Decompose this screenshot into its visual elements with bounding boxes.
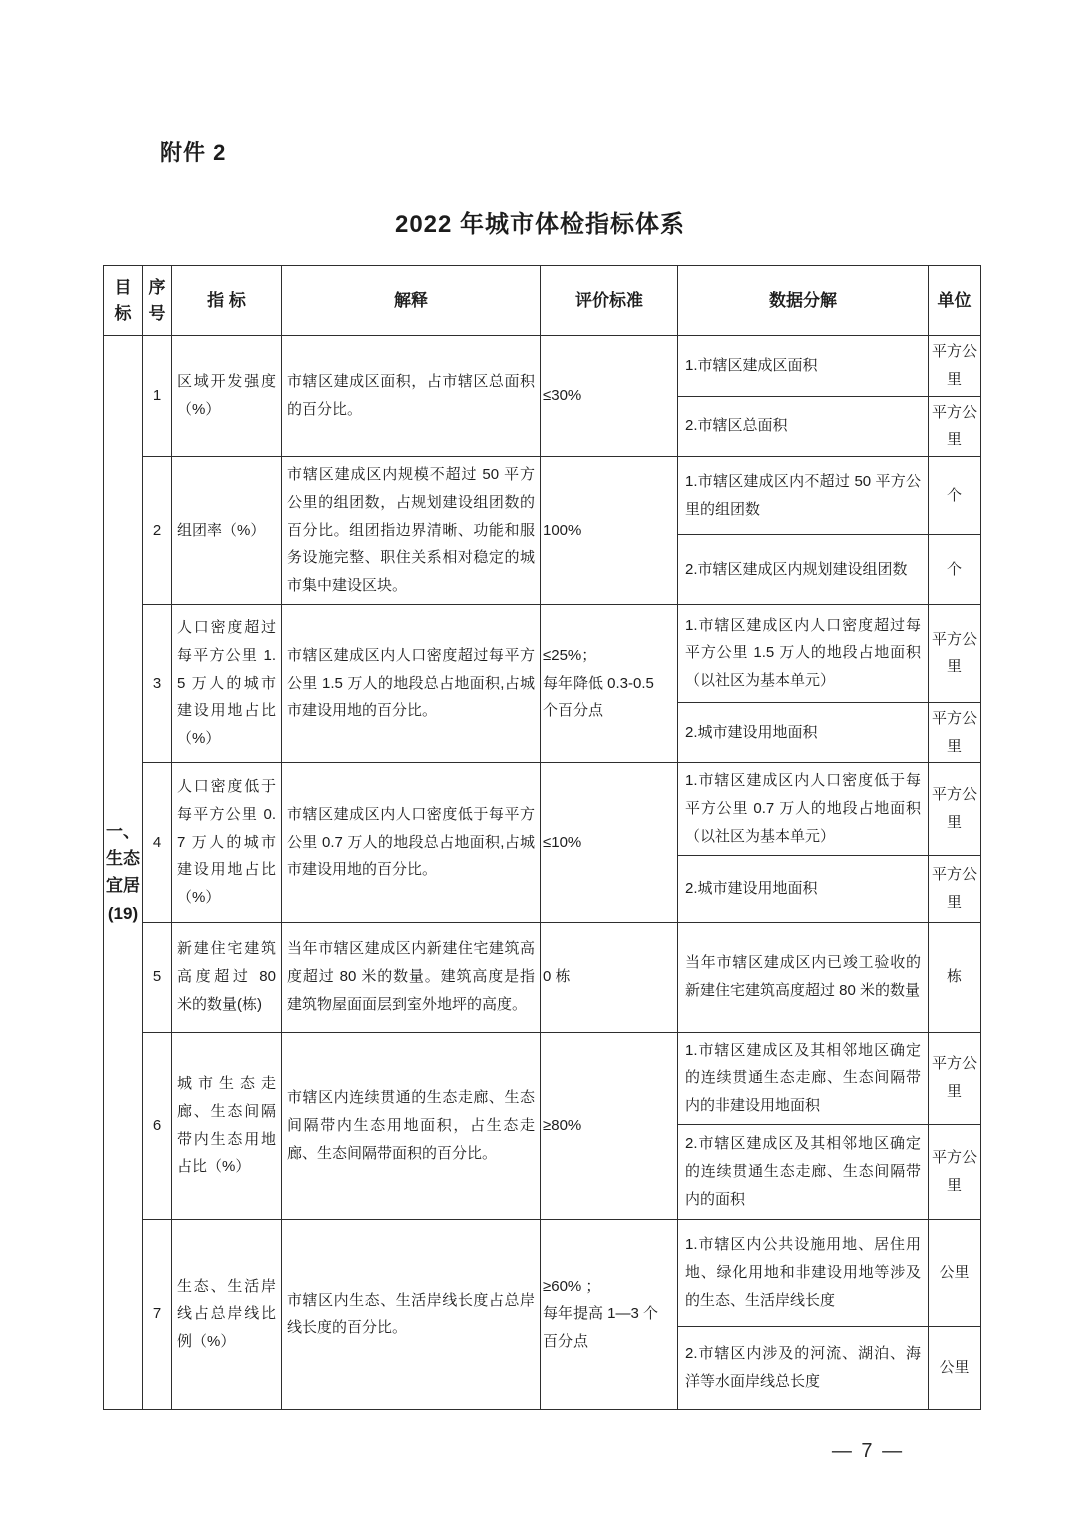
unit-cell: 平方公里 <box>929 396 981 457</box>
page-number: — 7 — <box>758 1440 978 1463</box>
page-title: 2022 年城市体检指标体系 <box>0 204 1080 239</box>
column-header-unit: 单位 <box>929 266 981 336</box>
unit-cell: 平方公里 <box>929 702 981 763</box>
standard-cell: 100% <box>541 457 678 605</box>
column-header-no: 序 号 <box>143 266 172 336</box>
breakdown-cell: 2.市辖区总面积 <box>678 396 929 457</box>
unit-cell: 平方公里 <box>929 1124 981 1219</box>
no-cell: 5 <box>143 922 172 1032</box>
document-page: 附件 2 2022 年城市体检指标体系 目 标 序 号 指 标 解释 评价标准 … <box>0 0 1080 1526</box>
column-header-explanation: 解释 <box>282 266 541 336</box>
breakdown-cell: 2.城市建设用地面积 <box>678 855 929 922</box>
explanation-cell: 市辖区内连续贯通的生态走廊、生态间隔带内生态用地面积，占生态走廊、生态间隔带面积… <box>282 1032 541 1219</box>
unit-cell: 平方公里 <box>929 336 981 397</box>
breakdown-cell: 2.市辖区建成区内规划建设组团数 <box>678 535 929 604</box>
indicator-cell: 组团率（%） <box>172 457 282 605</box>
standard-cell: ≤10% <box>541 763 678 922</box>
no-cell: 2 <box>143 457 172 605</box>
breakdown-cell: 当年市辖区建成区内已竣工验收的新建住宅建筑高度超过 80 米的数量 <box>678 922 929 1032</box>
table-row: 2组团率（%）市辖区建成区内规模不超过 50 平方公里的组团数，占规划建设组团数… <box>104 457 981 535</box>
column-header-breakdown: 数据分解 <box>678 266 929 336</box>
standard-cell: ≤25%； 每年降低 0.3-0.5 个百分点 <box>541 604 678 763</box>
breakdown-cell: 1.市辖区建成区内人口密度超过每平方公里 1.5 万人的地段占地面积（以社区为基… <box>678 604 929 702</box>
unit-cell: 栋 <box>929 922 981 1032</box>
unit-cell: 平方公里 <box>929 1032 981 1124</box>
breakdown-cell: 1.市辖区内公共设施用地、居住用地、绿化用地和非建设用地等涉及的生态、生活岸线长… <box>678 1219 929 1326</box>
standard-cell: ≤30% <box>541 336 678 457</box>
breakdown-cell: 2.市辖区建成区及其相邻地区确定的连续贯通生态走廊、生态间隔带内的面积 <box>678 1124 929 1219</box>
unit-cell: 平方公里 <box>929 855 981 922</box>
explanation-cell: 市辖区建成区内人口密度超过每平方公里 1.5 万人的地段总占地面积,占城市建设用… <box>282 604 541 763</box>
standard-cell: ≥80% <box>541 1032 678 1219</box>
table-row: 一、 生态 宜居 (19)1区域开发强度（%）市辖区建成区面积，占市辖区总面积的… <box>104 336 981 397</box>
breakdown-cell: 1.市辖区建成区面积 <box>678 336 929 397</box>
target-cell: 一、 生态 宜居 (19) <box>104 336 143 1410</box>
no-cell: 7 <box>143 1219 172 1409</box>
breakdown-cell: 1.市辖区建成区内不超过 50 平方公里的组团数 <box>678 457 929 535</box>
no-cell: 1 <box>143 336 172 457</box>
indicator-cell: 人口密度低于每平方公里 0.7 万人的城市建设用地占比（%） <box>172 763 282 922</box>
no-cell: 3 <box>143 604 172 763</box>
table-row: 4人口密度低于每平方公里 0.7 万人的城市建设用地占比（%）市辖区建成区内人口… <box>104 763 981 855</box>
breakdown-cell: 2.市辖区内涉及的河流、湖泊、海洋等水面岸线总长度 <box>678 1326 929 1409</box>
unit-cell: 公里 <box>929 1326 981 1409</box>
column-header-indicator: 指 标 <box>172 266 282 336</box>
header-row: 目 标 序 号 指 标 解释 评价标准 数据分解 单位 <box>104 266 981 336</box>
explanation-cell: 市辖区内生态、生活岸线长度占总岸线长度的百分比。 <box>282 1219 541 1409</box>
explanation-cell: 市辖区建成区内规模不超过 50 平方公里的组团数，占规划建设组团数的百分比。组团… <box>282 457 541 605</box>
indicator-cell: 区域开发强度（%） <box>172 336 282 457</box>
table-row: 6城市生态走廊、生态间隔带内生态用地占比（%）市辖区内连续贯通的生态走廊、生态间… <box>104 1032 981 1124</box>
table-row: 5新建住宅建筑高度超过 80 米的数量(栋)当年市辖区建成区内新建住宅建筑高度超… <box>104 922 981 1032</box>
indicator-cell: 生态、生活岸线占总岸线比例（%） <box>172 1219 282 1409</box>
unit-cell: 个 <box>929 457 981 535</box>
no-cell: 4 <box>143 763 172 922</box>
indicator-cell: 新建住宅建筑高度超过 80 米的数量(栋) <box>172 922 282 1032</box>
unit-cell: 平方公里 <box>929 763 981 855</box>
attachment-label: 附件 2 <box>160 136 226 167</box>
breakdown-cell: 2.城市建设用地面积 <box>678 702 929 763</box>
unit-cell: 个 <box>929 535 981 604</box>
explanation-cell: 市辖区建成区面积，占市辖区总面积的百分比。 <box>282 336 541 457</box>
column-header-target: 目 标 <box>104 266 143 336</box>
explanation-cell: 市辖区建成区内人口密度低于每平方公里 0.7 万人的地段总占地面积,占城市建设用… <box>282 763 541 922</box>
unit-cell: 平方公里 <box>929 604 981 702</box>
indicator-cell: 城市生态走廊、生态间隔带内生态用地占比（%） <box>172 1032 282 1219</box>
indicator-cell: 人口密度超过每平方公里 1.5 万人的城市建设用地占比（%） <box>172 604 282 763</box>
no-cell: 6 <box>143 1032 172 1219</box>
table-row: 7生态、生活岸线占总岸线比例（%）市辖区内生态、生活岸线长度占总岸线长度的百分比… <box>104 1219 981 1326</box>
column-header-standard: 评价标准 <box>541 266 678 336</box>
standard-cell: ≥60% ； 每年提高 1—3 个 百分点 <box>541 1219 678 1409</box>
unit-cell: 公里 <box>929 1219 981 1326</box>
explanation-cell: 当年市辖区建成区内新建住宅建筑高度超过 80 米的数量。建筑高度是指建筑物屋面面… <box>282 922 541 1032</box>
indicator-table: 目 标 序 号 指 标 解释 评价标准 数据分解 单位 一、 生态 宜居 (19… <box>103 265 981 1410</box>
breakdown-cell: 1.市辖区建成区及其相邻地区确定的连续贯通生态走廊、生态间隔带内的非建设用地面积 <box>678 1032 929 1124</box>
standard-cell: 0 栋 <box>541 922 678 1032</box>
breakdown-cell: 1.市辖区建成区内人口密度低于每平方公里 0.7 万人的地段占地面积（以社区为基… <box>678 763 929 855</box>
table-row: 3人口密度超过每平方公里 1.5 万人的城市建设用地占比（%）市辖区建成区内人口… <box>104 604 981 702</box>
